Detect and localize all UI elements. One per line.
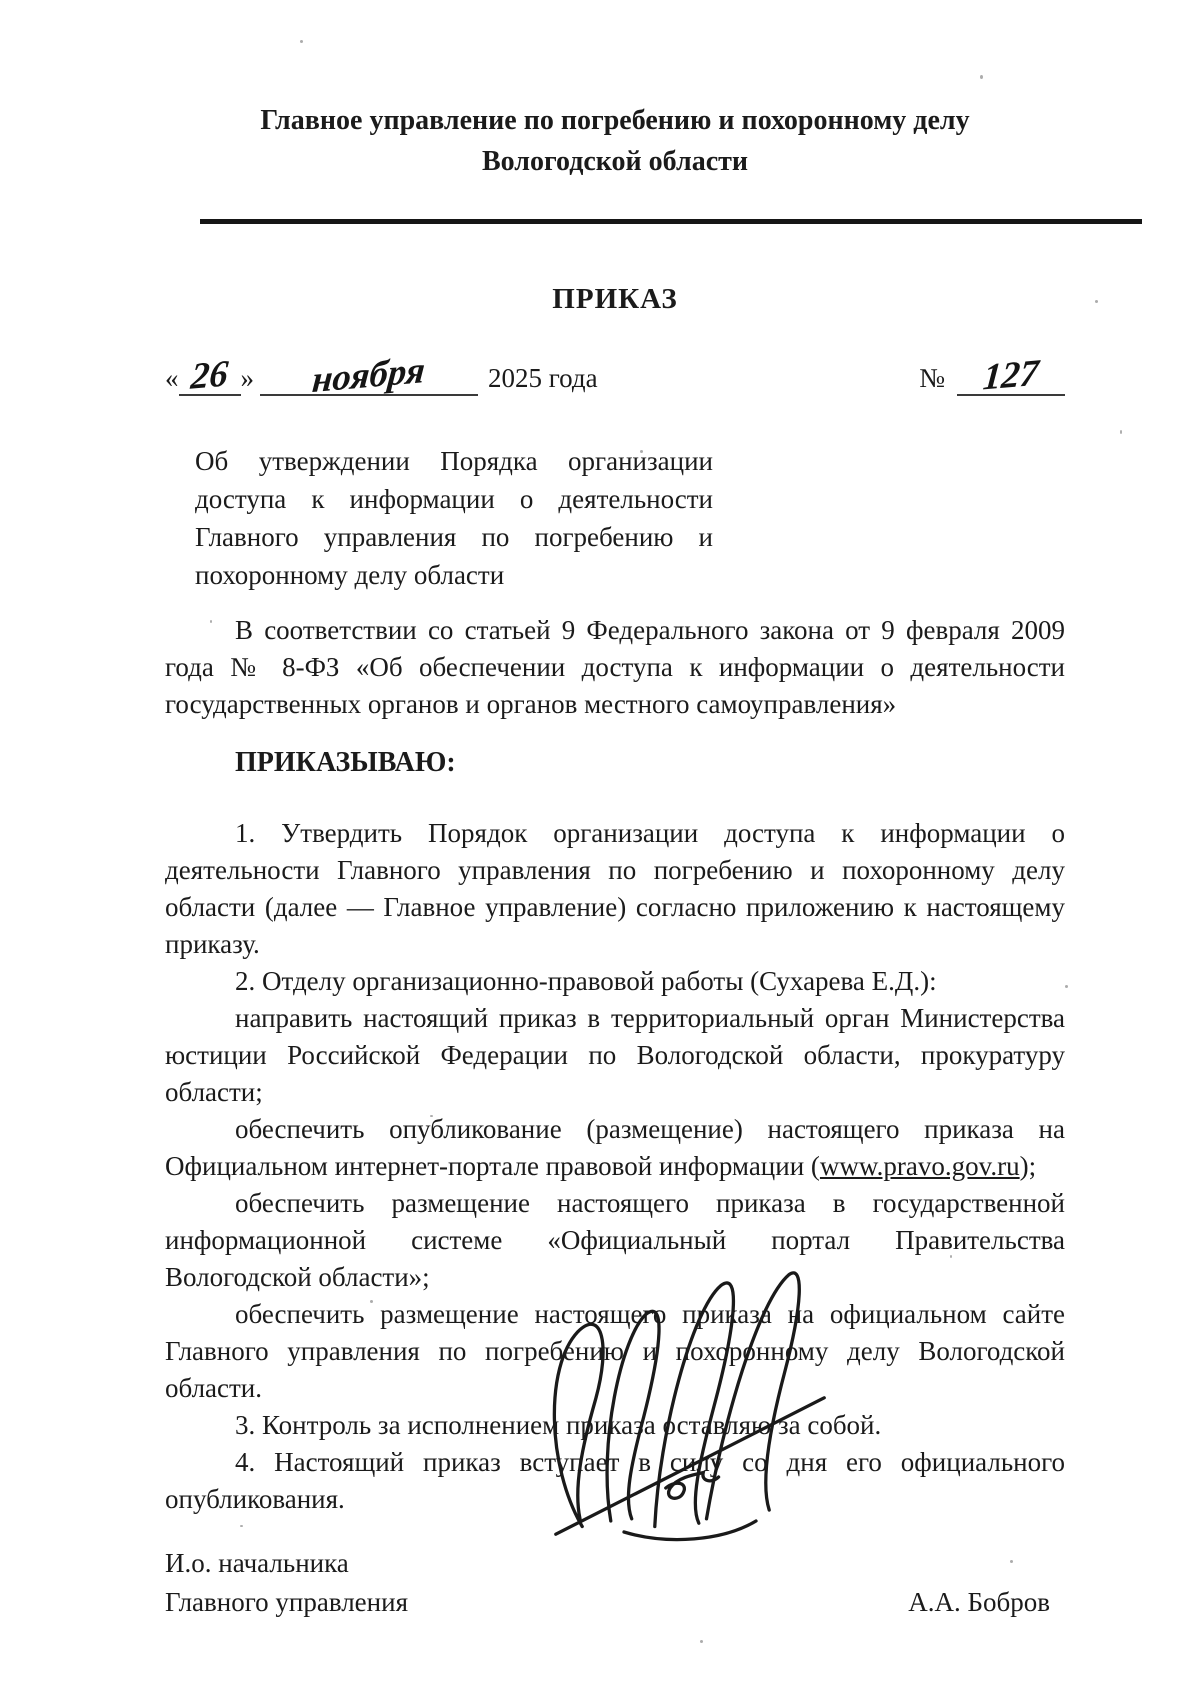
order-subject: Об утверждении Порядка организации досту… — [195, 442, 713, 594]
order-item-2: 2. Отделу организационно-правовой работы… — [165, 963, 1065, 1000]
order-item-1: 1. Утвердить Порядок организации доступа… — [165, 815, 1065, 963]
signer-position-line1: И.о. начальника — [165, 1544, 408, 1583]
authority-name-line2: Вологодской области — [165, 141, 1065, 182]
signer-position: И.о. начальника Главного управления — [165, 1544, 408, 1622]
authority-name-line1: Главное управление по погребению и похор… — [165, 100, 1065, 141]
document-number: №127 — [919, 357, 1065, 396]
scan-speck — [1095, 300, 1098, 303]
order-preamble: В соответствии со статьей 9 Федерального… — [165, 612, 1065, 723]
date-month-underline: ноября — [260, 357, 478, 396]
order-item-2-sub-2: обеспечить опубликование (размещение) на… — [165, 1111, 1065, 1185]
document-date: «26»ноября2025 года — [165, 357, 598, 396]
date-open-quote: « — [165, 363, 179, 393]
order-item-2-sub-1: направить настоящий приказ в территориал… — [165, 1000, 1065, 1111]
document-type-title: ПРИКАЗ — [165, 283, 1065, 316]
handwritten-number: 127 — [982, 354, 1041, 396]
date-and-number-row: «26»ноября2025 года №127 — [165, 344, 1065, 396]
number-label: № — [919, 363, 945, 393]
signature-block: И.о. начальника Главного управления А.А.… — [165, 1544, 1065, 1622]
item-text-after-link: ); — [1020, 1151, 1037, 1181]
handwritten-signature — [520, 1268, 860, 1543]
signer-name: А.А. Бобров — [908, 1583, 1050, 1622]
scanned-order-document: Главное управление по погребению и похор… — [0, 0, 1200, 1697]
scan-speck — [700, 1640, 703, 1643]
scan-speck — [1120, 430, 1122, 434]
pravo-gov-ru-link: www.pravo.gov.ru — [820, 1151, 1020, 1181]
date-close-quote: » — [241, 363, 255, 393]
date-day-underline: 26 — [179, 357, 241, 396]
number-underline: 127 — [957, 357, 1065, 396]
issuing-authority: Главное управление по погребению и похор… — [165, 0, 1065, 182]
handwritten-day: 26 — [189, 355, 229, 396]
date-year: 2025 года — [488, 363, 598, 393]
order-keyword: ПРИКАЗЫВАЮ: — [235, 747, 1065, 779]
signer-position-line2: Главного управления — [165, 1583, 408, 1622]
handwritten-month: ноября — [311, 352, 427, 399]
scan-speck — [1065, 985, 1068, 988]
